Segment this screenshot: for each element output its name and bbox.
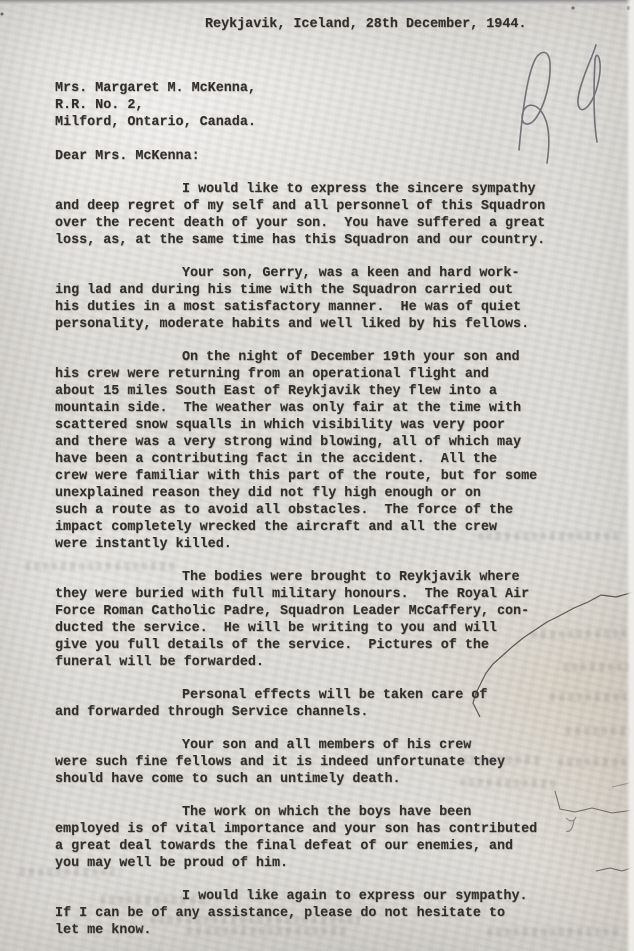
scan-edge-right <box>626 0 634 951</box>
salutation: Dear Mrs. McKenna: <box>55 148 595 165</box>
scan-specks <box>1 6 632 16</box>
letter-body: Reykjavik, Iceland, 28th December, 1944.… <box>55 16 595 951</box>
paragraph-3: On the night of December 19th your son a… <box>55 349 595 553</box>
paragraph-2: Your son, Gerry, was a keen and hard wor… <box>55 265 595 333</box>
paragraph-5: Personal effects will be taken care of a… <box>55 687 595 721</box>
scanned-letter-page: Reykjavik, Iceland, 28th December, 1944.… <box>0 0 634 951</box>
paragraph-8: I would like again to express our sympat… <box>55 888 595 939</box>
paragraph-7: The work on which the boys have been emp… <box>55 804 595 872</box>
paragraph-1: I would like to express the sincere symp… <box>55 181 595 249</box>
paragraph-6: Your son and all members of his crew wer… <box>55 737 595 788</box>
letter-dateline: Reykjavik, Iceland, 28th December, 1944. <box>205 16 595 33</box>
recipient-address: Mrs. Margaret M. McKenna, R.R. No. 2, Mi… <box>55 80 595 131</box>
paragraph-4: The bodies were brought to Reykjavik whe… <box>55 569 595 671</box>
scan-edge-top <box>0 0 634 4</box>
